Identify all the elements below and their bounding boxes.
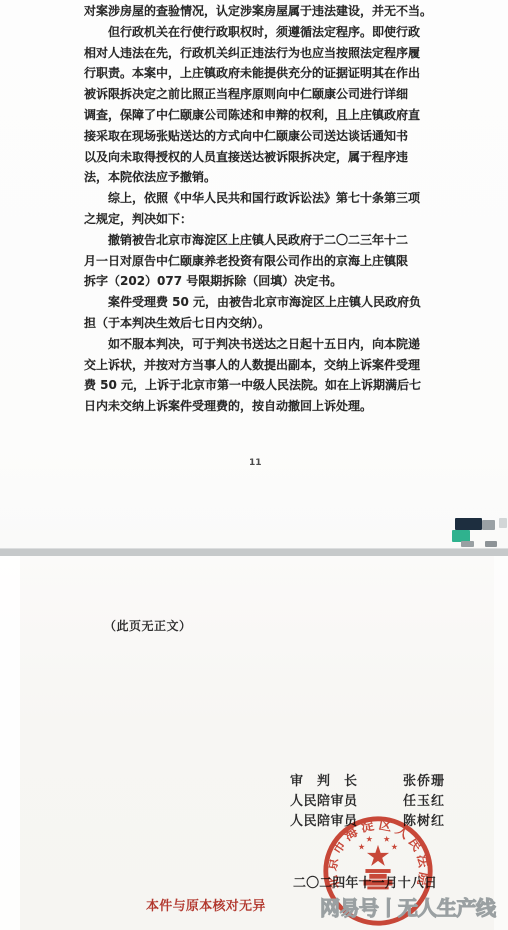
body-line: 日内未交纳上诉案件受理费的，按自动撤回上诉处理。 [84,396,444,417]
body-line: 拆字（202）077 号限期拆除（回填）决定书。 [84,271,444,292]
body-line: 调查，保障了中仁颐康公司陈述和申辩的权利，且上庄镇政府直 [84,105,444,126]
page-number: 11 [249,458,262,468]
body-line: 案件受理费 50 元，由被告北京市海淀区上庄镇人民政府负 [84,292,444,313]
body-line: 法，本院依法应予撤销。 [84,167,444,188]
netease-watermark: 网易号丨无人生产线 [320,892,496,921]
body-line: 但行政机关在行使行政职权时，须遵循法定程序。即使行政 [84,22,444,43]
body-line: 如不服本判决，可于判决书送达之日起十五日内，向本院递 [84,334,444,355]
seal-national-emblem [358,836,397,890]
body-line: 担（于本判决生效后七日内交纳）。 [84,313,444,334]
body-line: 交上诉状，并按对方当事人的人数提出副本，交纳上诉案件受理 [84,355,444,376]
signature-role: 审 判 长 [290,772,403,792]
judgment-page-2: （此页无正文） 审 判 长张侨珊人民陪审员任玉红人民陪审员陈树红 二〇二四年十一… [0,556,508,930]
body-line: 对案涉房屋的查验情况，认定涉案房屋属于违法建设，并无不当。 [84,1,444,22]
signature-name: 任玉红 [403,792,445,812]
page-separator [0,549,508,556]
body-lines: 对案涉房屋的查验情况，认定涉案房屋属于违法建设，并无不当。 但行政机关在行使行政… [84,1,444,417]
body-line: 费 50 元，上诉于北京市第一中级人民法院。如在上诉期满后七 [84,375,444,396]
signature-name: 张侨珊 [403,772,445,792]
signature-row: 人民陪审员任玉红 [290,792,490,812]
body-line: 被诉限拆决定之前比照正当程序原则向中仁颐康公司进行详细 [84,84,444,105]
signature-role: 人民陪审员 [290,792,403,812]
body-line: 之规定，判决如下： [84,209,444,230]
body-line: 综上，依照《中华人民共和国行政诉讼法》第七十条第三项 [84,188,444,209]
body-line: 撤销被告北京市海淀区上庄镇人民政府于二〇二三年十二 [84,230,444,251]
body-line: 月一日对原告中仁颐康养老投资有限公司作出的京海上庄镇限 [84,251,444,272]
body-line: 以及向未取得授权的人员直接送达被诉限拆决定，属于程序违 [84,147,444,168]
verification-note: 本件与原本核对无异 [146,895,266,914]
body-line: 行职责。本案中，上庄镇政府未能提供充分的证据证明其在作出 [84,63,444,84]
judgment-page-1: 对案涉房屋的查验情况，认定涉案房屋属于违法建设，并无不当。 但行政机关在行使行政… [0,0,508,549]
no-text-notice: （此页无正文） [104,617,192,634]
body-line: 相对人违法在先，行政机关纠正违法行为也应当按照法定程序履 [84,43,444,64]
body-line: 接采取在现场张贴送达的方式向中仁颐康公司送达谈话通知书 [84,126,444,147]
signature-row: 审 判 长张侨珊 [290,772,490,792]
scanned-judgment-document: 对案涉房屋的查验情况，认定涉案房屋属于违法建设，并无不当。 但行政机关在行使行政… [0,0,508,930]
